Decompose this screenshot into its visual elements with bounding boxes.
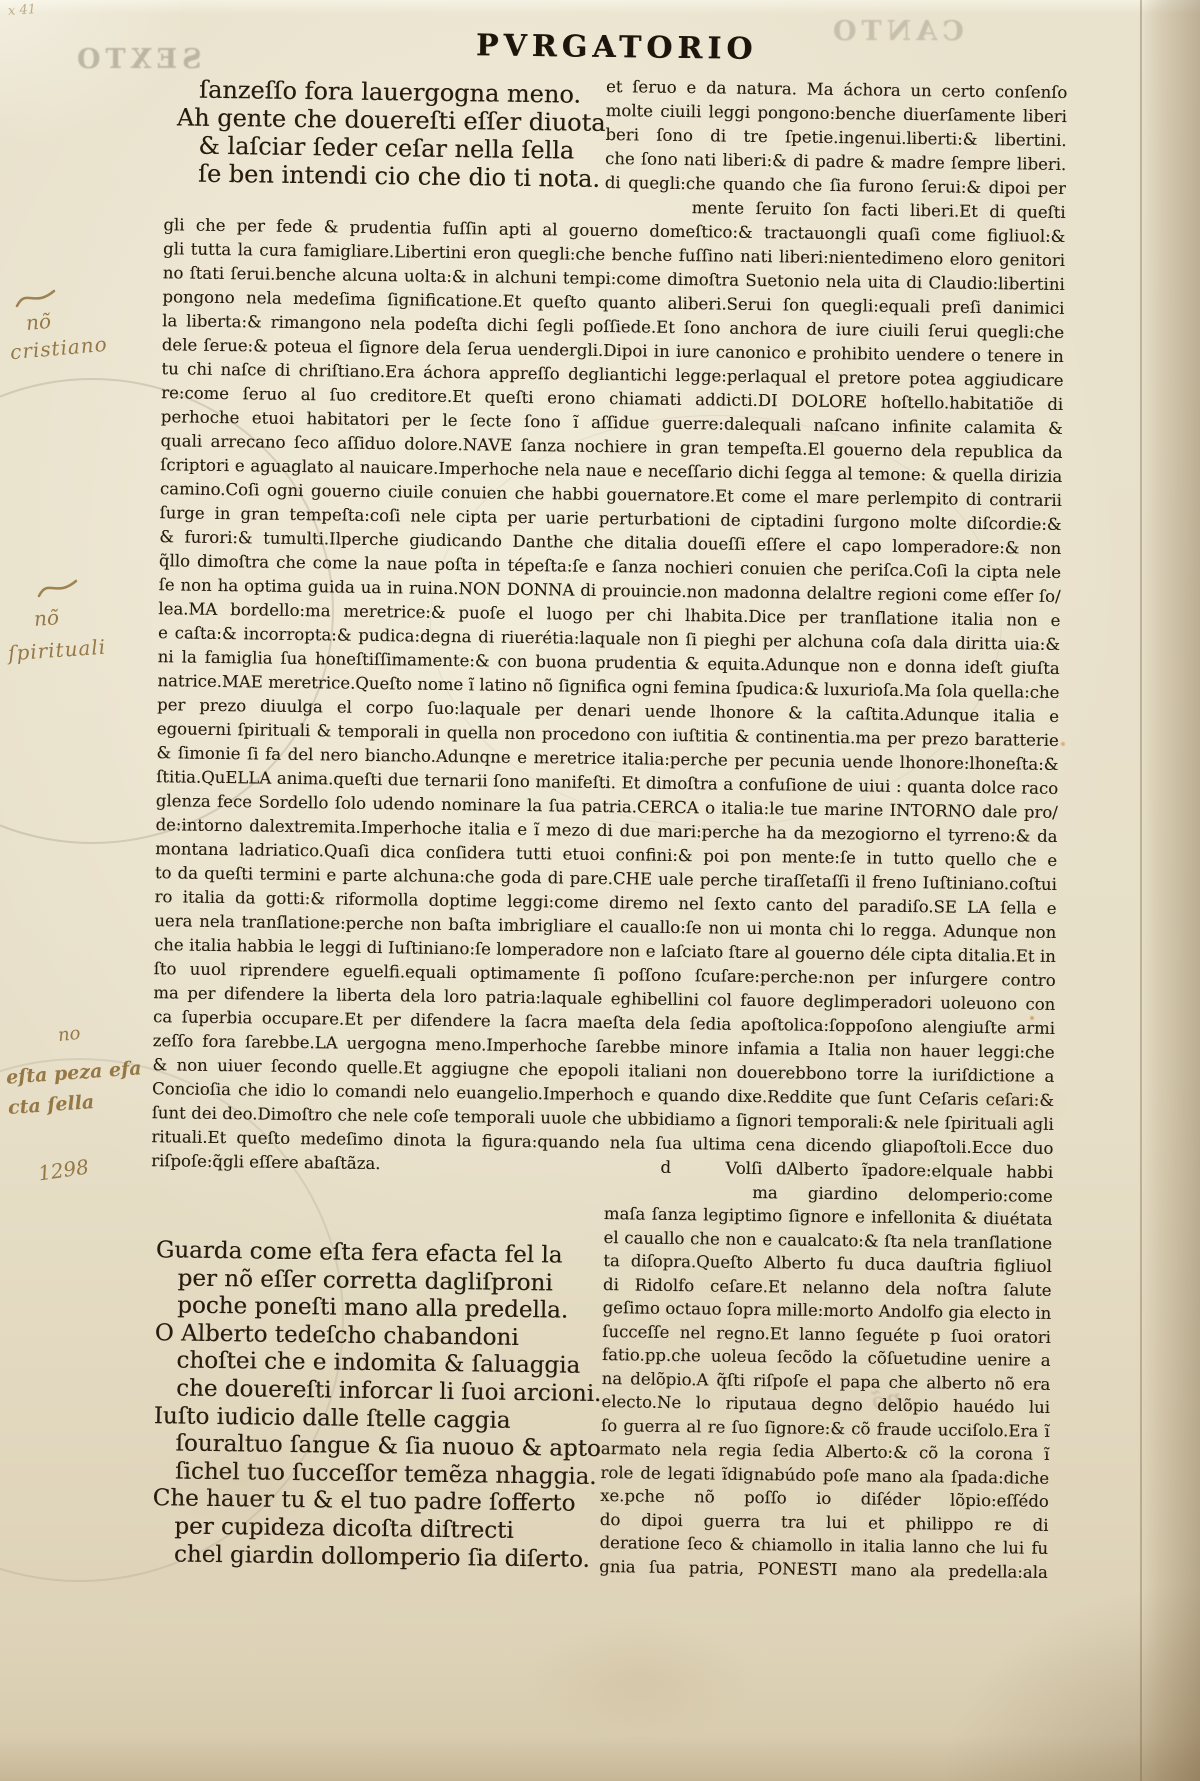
margin-note-cristiano: cristiano	[9, 332, 108, 364]
paper-corner-shadow	[940, 1581, 1200, 1781]
margin-note-no: nõ	[25, 309, 52, 335]
verse-block-bottom: Guarda come eſta fera efacta fel laper n…	[146, 1237, 604, 1574]
margin-flourish-icon	[36, 576, 80, 600]
verse-line: ſe ben intendi cio che dio ti nota.	[176, 159, 605, 193]
top-section: ſanzeſſo fora lauergogna meno.Ah gente c…	[164, 69, 1067, 201]
bottom-section: riſpoſe:q̃gli eſſere abaſtãza. Guarda co…	[146, 1149, 1053, 1584]
verse-block-top: ſanzeſſo fora lauergogna meno.Ah gente c…	[164, 69, 606, 195]
printed-text-block: PVRGATORIO ſanzeſſo fora lauergogna meno…	[146, 25, 1068, 1584]
commentary-column-bottom-right: d Volſi dAlberto ĩpadore:elquale habbi l…	[599, 1155, 1053, 1584]
verse-line: chel giardin dollomperio ſia diſerto.	[152, 1541, 600, 1574]
commentary-main-block: mente ſeruito ſon facti liberi.Et di que…	[151, 189, 1065, 1161]
margin-note-year: 1298	[37, 1155, 91, 1186]
margin-note-esta-fella: eſta peza efa	[5, 1057, 142, 1088]
page-fore-edge-shadow	[1138, 0, 1200, 1781]
commentary-column-top-right: et ſeruo e da natura. Ma áchora un certo…	[605, 75, 1068, 201]
commentary-line-short: riſpoſe:q̃gli eſſere abaſtãza.	[151, 1149, 605, 1179]
margin-note-spirituali: ſpirituali	[7, 635, 107, 666]
margin-note-no: no	[57, 1023, 82, 1046]
page-edge-line	[1140, 0, 1142, 1781]
commentary-bottom-lines: maſa ſanza legiptimo ſignore e infelloni…	[599, 1202, 1052, 1584]
margin-note-no: nõ	[33, 605, 60, 631]
paper-top-edge	[0, 0, 1200, 14]
bottom-left-column: riſpoſe:q̃gli eſſere abaſtãza. Guarda co…	[146, 1149, 605, 1578]
corner-annotation: x 41	[8, 2, 37, 19]
scanned-page: { "page": { "title": "PVRGATORIO" }, "sh…	[0, 0, 1200, 1781]
commentary-main-lines: gli che per fede & prudentia fuſſin apti…	[151, 213, 1065, 1161]
margin-flourish-icon	[14, 286, 58, 310]
margin-note-esta-fella: cta ſella	[7, 1091, 95, 1119]
